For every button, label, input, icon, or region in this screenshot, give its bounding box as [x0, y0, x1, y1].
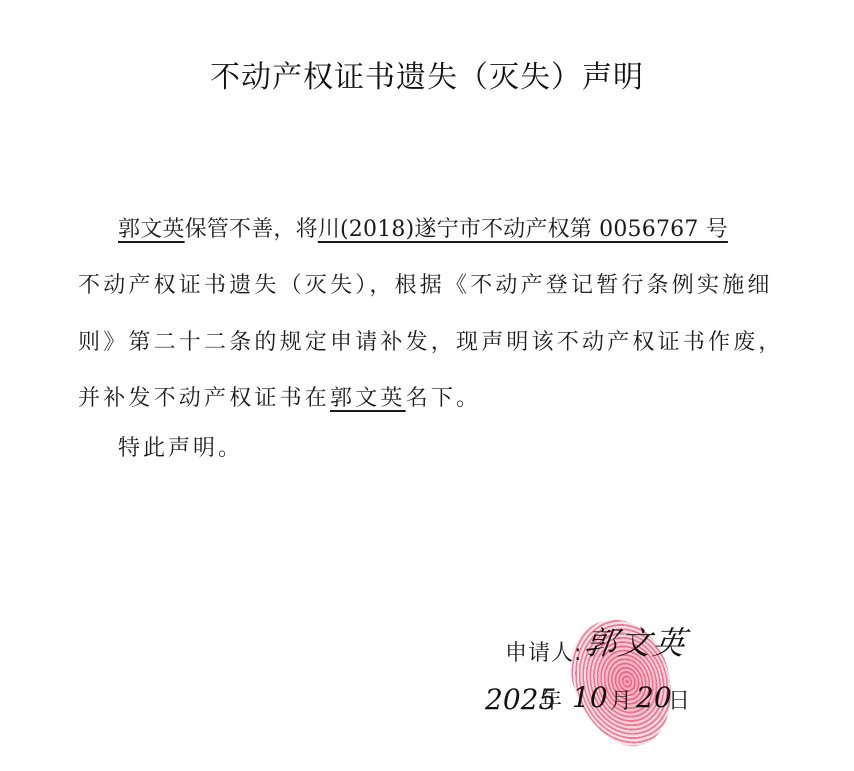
body-text: 保管不善，将 [185, 217, 318, 242]
body-line-3: 则》第二十二条的规定申请补发，现声明该不动产权证书作废， [78, 325, 784, 356]
date-day: 20 [636, 681, 672, 714]
applicant-name: 郭文英 [118, 217, 185, 242]
date-day-unit: 日 [668, 684, 690, 715]
certificate-number: 川(2018)遂宁市不动产权第 0056767 号 [318, 217, 728, 242]
handwritten-signature: 郭文英 [582, 618, 690, 664]
date-month-unit: 月 [610, 684, 632, 715]
date-month: 10 [572, 681, 608, 714]
body-line-1: 郭文英保管不善，将川(2018)遂宁市不动产权第 0056767 号 [118, 212, 728, 243]
closing-statement: 特此声明。 [118, 431, 243, 462]
body-text: 并补发不动产权证书在 [78, 386, 330, 411]
body-line-2: 不动产权证书遗失（灭失），根据《不动产登记暂行条例实施细 [78, 268, 773, 299]
body-text: 名下。 [406, 386, 482, 411]
body-line-4: 并补发不动产权证书在郭文英名下。 [78, 381, 481, 412]
date-year-unit: 年 [540, 684, 562, 715]
signature-label: 申请人: [505, 636, 582, 667]
applicant-name: 郭文英 [330, 386, 406, 411]
document-title: 不动产权证书遗失（灭失）声明 [0, 52, 854, 96]
